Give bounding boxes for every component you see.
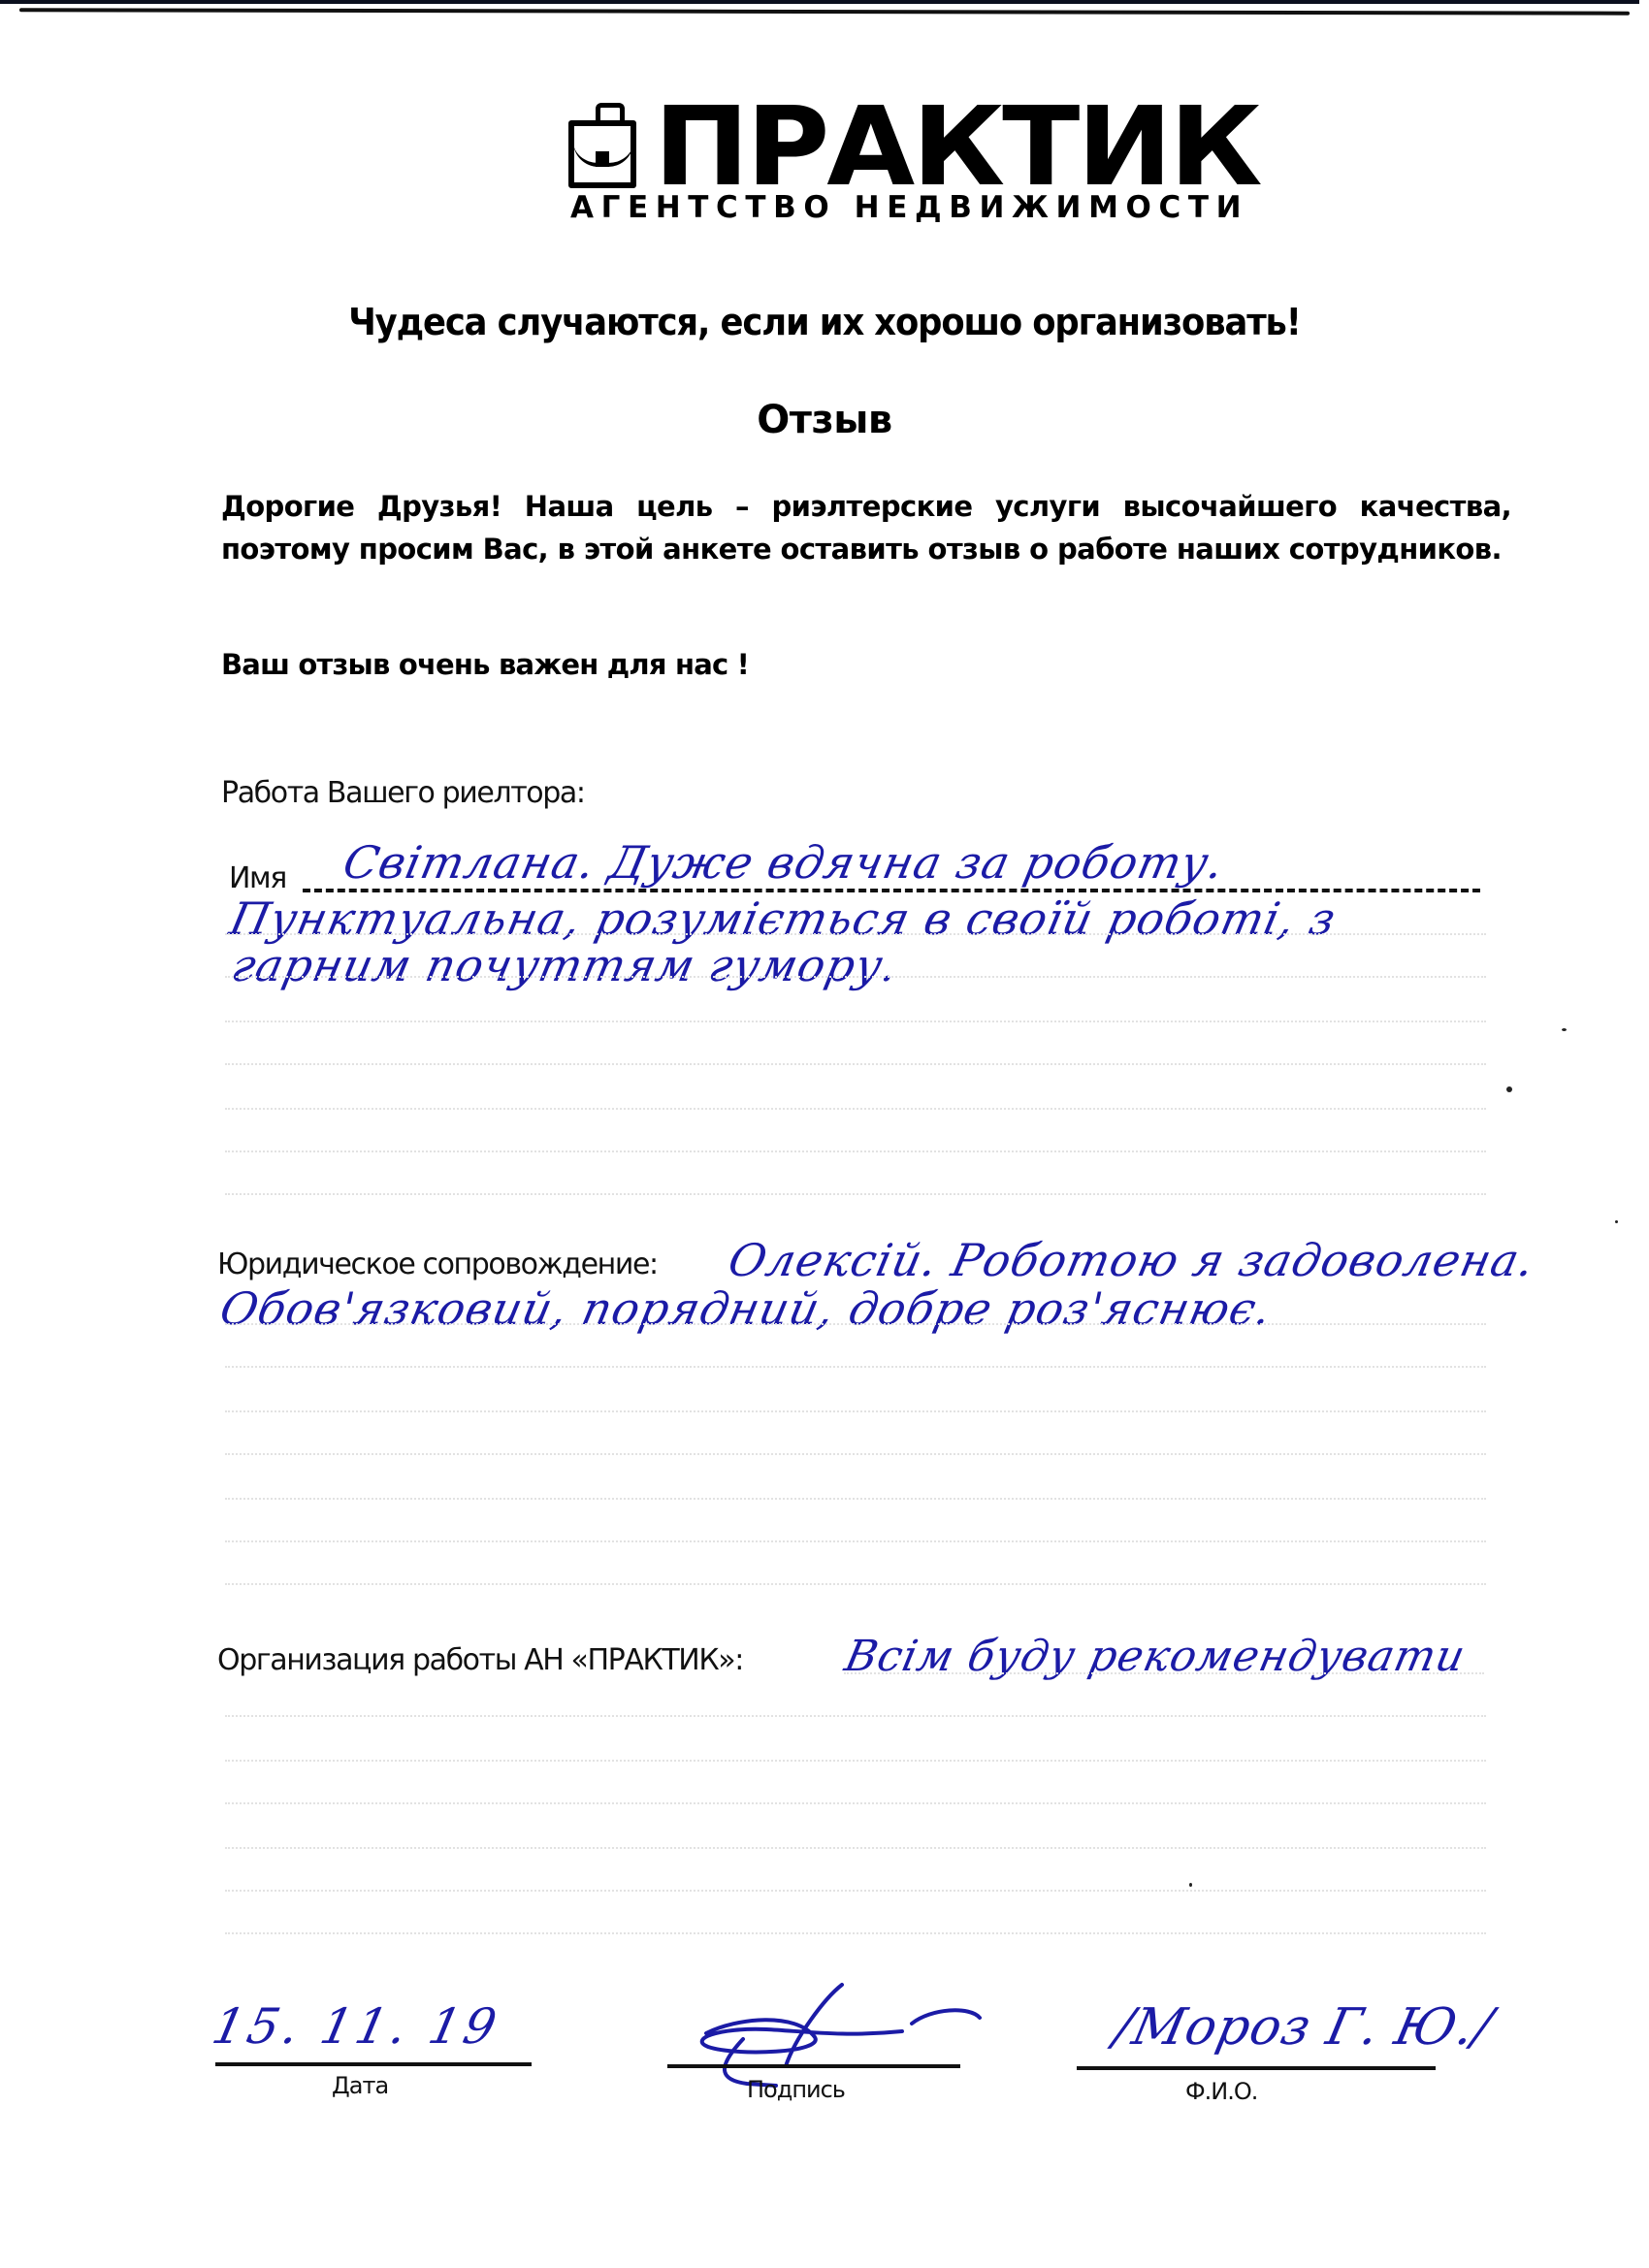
scan-speck <box>1562 1028 1567 1031</box>
logo-subtitle: АГЕНТСТВО НЕДВИЖИМОСТИ <box>570 190 1248 225</box>
writing-line[interactable] <box>225 1540 1486 1542</box>
writing-line[interactable] <box>225 1323 1486 1325</box>
date-field-line[interactable] <box>215 2062 532 2066</box>
organization-section-label: Организация работы АН «ПРАКТИК»: <box>217 1643 743 1677</box>
writing-line[interactable] <box>225 1193 1486 1195</box>
writing-line[interactable] <box>225 1150 1486 1152</box>
realtor-comment-line-1: Світлана. Дуже вдячна за роботу. <box>339 836 1229 889</box>
legal-comment-line-2: Обов'язковий, порядний, добре роз'яснює. <box>215 1282 1277 1335</box>
writing-line[interactable] <box>225 1063 1486 1065</box>
writing-line[interactable] <box>225 1847 1486 1849</box>
realtor-section-label: Работа Вашего риелтора: <box>221 776 585 810</box>
date-label: Дата <box>332 2072 388 2099</box>
page-title: Отзыв <box>0 398 1649 442</box>
writing-line[interactable] <box>225 1108 1486 1110</box>
writing-line[interactable] <box>225 1932 1486 1934</box>
date-value: 15. 11. 19 <box>208 1998 505 2055</box>
writing-line[interactable] <box>225 1021 1486 1022</box>
scan-edge-artifact <box>0 0 1639 4</box>
legal-comment-line-1: Олексій. Роботою я задоволена. <box>724 1234 1539 1286</box>
top-border-line <box>19 8 1630 15</box>
writing-line[interactable] <box>225 1802 1486 1804</box>
scan-speck <box>1189 1883 1192 1887</box>
company-logo: ПРАКТИК АГЕНТСТВО НЕДВИЖИМОСТИ <box>559 85 1180 221</box>
intro-paragraph: Дорогие Друзья! Наша цель – риэлтерские … <box>221 485 1511 570</box>
writing-line[interactable] <box>225 1890 1486 1892</box>
fio-label: Ф.И.О. <box>1185 2078 1257 2105</box>
writing-line[interactable] <box>225 1366 1486 1368</box>
fio-field-line[interactable] <box>1077 2066 1436 2070</box>
writing-line[interactable] <box>225 1453 1486 1455</box>
writing-line[interactable] <box>225 976 1486 978</box>
logo-title: ПРАКТИК <box>654 99 1259 196</box>
name-field-label: Имя <box>229 861 286 895</box>
intro-emphasis: Ваш отзыв очень важен для нас ! <box>221 648 749 681</box>
realtor-comment-line-3: гарним почуттям гумору. <box>227 939 903 991</box>
signature-label: Подпись <box>747 2076 845 2103</box>
legal-section-label: Юридическое сопровождение: <box>217 1247 658 1281</box>
writing-line[interactable] <box>225 1410 1486 1412</box>
writing-line[interactable] <box>225 1583 1486 1585</box>
writing-line[interactable] <box>844 1672 1484 1674</box>
writing-line[interactable] <box>225 933 1486 935</box>
realtor-comment-line-2: Пунктуальна, розуміється в своїй роботі,… <box>225 892 1341 945</box>
signature-field-line[interactable] <box>667 2064 960 2068</box>
slogan: Чудеса случаются, если их хорошо организ… <box>58 301 1592 343</box>
briefcase-clasp <box>596 151 609 167</box>
scan-speck <box>1506 1086 1512 1092</box>
fio-value: /Мороз Г. Ю./ <box>1110 1998 1499 2057</box>
writing-line[interactable] <box>225 1715 1486 1717</box>
writing-line[interactable] <box>225 1498 1486 1500</box>
scan-speck <box>1615 1220 1618 1223</box>
writing-line[interactable] <box>225 1760 1486 1762</box>
